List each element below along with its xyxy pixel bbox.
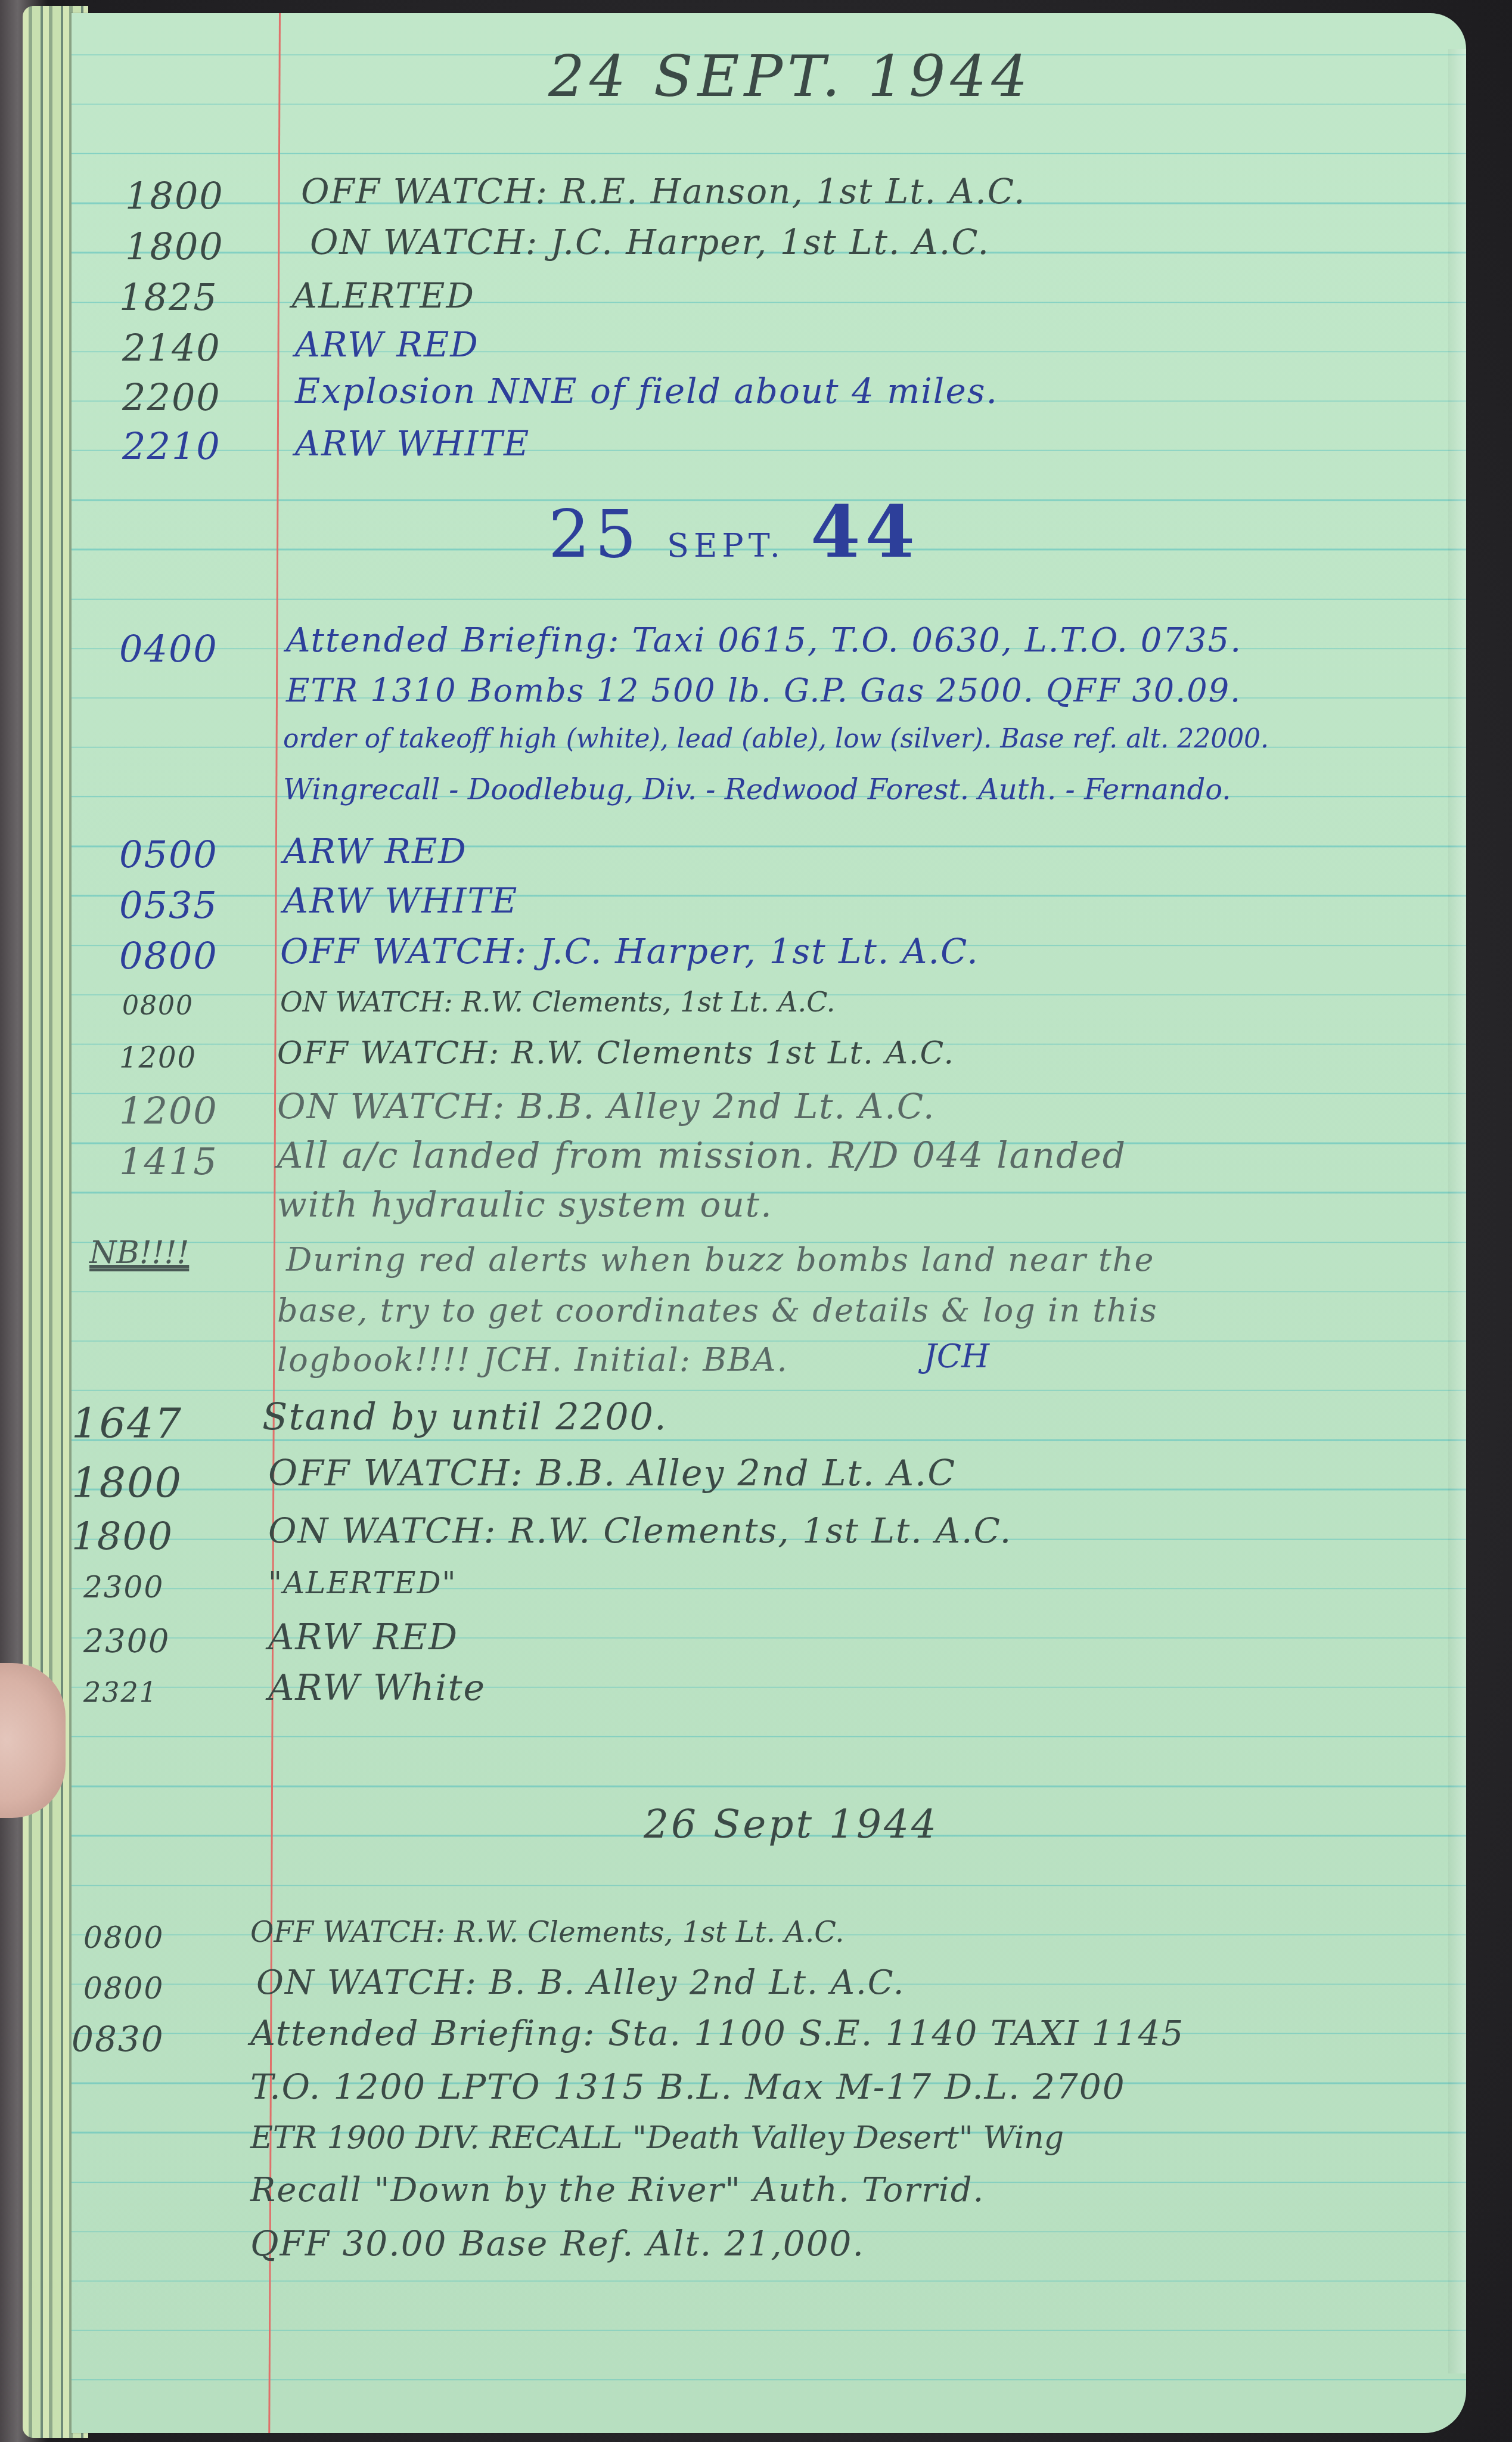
time-cell: 0535 (119, 883, 218, 927)
log-entry: ALERTED (292, 275, 475, 316)
heading-year: 44 (811, 490, 920, 574)
log-entry-line: ETR 1310 Bombs 12 500 lb. G.P. Gas 2500.… (286, 672, 1241, 709)
log-entry: Stand by until 2200. (262, 1395, 667, 1438)
time-cell: 0800 (83, 1920, 164, 1955)
date-heading-26-sept: 26 Sept 1944 (644, 1801, 939, 1847)
time-cell: 0800 (122, 991, 194, 1021)
log-entry: ARW White (268, 1667, 486, 1709)
time-cell: 1200 (119, 1089, 218, 1132)
log-entry-line: During red alerts when buzz bombs land n… (286, 1241, 1154, 1279)
log-entry-line: QFF 30.00 Base Ref. Alt. 21,000. (250, 2223, 865, 2264)
time-cell: 2300 (83, 1622, 170, 1660)
log-entry-line: with hydraulic system out. (277, 1184, 773, 1225)
log-entry: Explosion NNE of field about 4 miles. (295, 371, 998, 411)
log-entry: OFF WATCH: R.W. Clements 1st Lt. A.C. (277, 1035, 955, 1071)
time-cell: 1415 (119, 1140, 218, 1183)
time-cell: 1200 (119, 1041, 197, 1075)
log-entry: OFF WATCH: J.C. Harper, 1st Lt. A.C. (280, 931, 979, 972)
log-entry-line: T.O. 1200 LPTO 1315 B.L. Max M-17 D.L. 2… (250, 2066, 1126, 2107)
time-cell: 1800 (125, 174, 224, 218)
time-cell: 1825 (119, 275, 218, 319)
time-cell: 0800 (83, 1971, 164, 2006)
time-cell: 2210 (122, 424, 221, 468)
log-entry: ON WATCH: R.W. Clements, 1st Lt. A.C. (268, 1510, 1012, 1551)
heading-day: 25 (548, 496, 641, 572)
log-entry-line: logbook!!!! JCH. Initial: BBA. (277, 1341, 788, 1379)
log-entry: "ALERTED" (268, 1566, 457, 1600)
log-entry-line: Attended Briefing: Taxi 0615, T.O. 0630,… (286, 621, 1242, 660)
time-cell: 1800 (72, 1459, 182, 1507)
log-entry-line: Recall "Down by the River" Auth. Torrid. (250, 2171, 985, 2210)
time-cell: 0800 (119, 934, 218, 978)
heading-month: SEPT. (667, 527, 785, 564)
time-cell: 2200 (122, 376, 221, 419)
nb-marker: NB!!!! (89, 1235, 189, 1271)
time-cell: 2140 (122, 326, 221, 370)
date-heading-25-sept: 25 SEPT. 44 (548, 490, 920, 574)
time-cell: 0400 (119, 627, 218, 671)
log-entry: OFF WATCH: R.E. Hanson, 1st Lt. A.C. (301, 171, 1026, 212)
log-entry-line: Attended Briefing: Sta. 1100 S.E. 1140 T… (250, 2013, 1184, 2053)
time-cell: 0830 (72, 2019, 164, 2059)
thumb-holding-page (0, 1663, 66, 1818)
time-cell: 2321 (83, 1676, 158, 1708)
time-cell: 0500 (119, 833, 218, 876)
log-entry: ARW RED (295, 324, 479, 365)
log-entry-line: All a/c landed from mission. R/D 044 lan… (277, 1135, 1126, 1177)
logbook-page: 24 SEPT. 1944 1800 OFF WATCH: R.E. Hanso… (72, 13, 1466, 2433)
log-entry-line: ETR 1900 DIV. RECALL "Death Valley Deser… (250, 2120, 1064, 2156)
log-entry: ON WATCH: J.C. Harper, 1st Lt. A.C. (310, 222, 990, 262)
log-entry: ARW RED (283, 831, 467, 871)
log-entry-line: order of takeoff high (white), lead (abl… (283, 724, 1269, 754)
log-entry: ARW WHITE (283, 880, 518, 921)
time-cell: 1800 (72, 1515, 173, 1559)
log-entry: ARW WHITE (295, 423, 530, 464)
log-entry: OFF WATCH: B.B. Alley 2nd Lt. A.C (268, 1453, 956, 1494)
log-entry: OFF WATCH: R.W. Clements, 1st Lt. A.C. (250, 1916, 844, 1949)
time-cell: 1800 (125, 225, 224, 268)
time-cell: 2300 (83, 1570, 164, 1605)
date-heading-24-sept: 24 SEPT. 1944 (548, 43, 1032, 110)
log-entry-line: Wingrecall - Doodlebug, Div. - Redwood F… (283, 773, 1231, 806)
page-fore-edge (1448, 49, 1466, 2373)
log-entry: ON WATCH: B.B. Alley 2nd Lt. A.C. (277, 1086, 935, 1127)
log-entry: ARW RED (268, 1616, 458, 1658)
blue-initials-scribble: JCH (924, 1338, 989, 1375)
log-entry: ON WATCH: B. B. Alley 2nd Lt. A.C. (256, 1963, 905, 2002)
time-cell: 1647 (72, 1399, 182, 1448)
log-entry: ON WATCH: R.W. Clements, 1st Lt. A.C. (280, 986, 835, 1018)
log-entry-line: base, try to get coordinates & details &… (277, 1292, 1158, 1329)
